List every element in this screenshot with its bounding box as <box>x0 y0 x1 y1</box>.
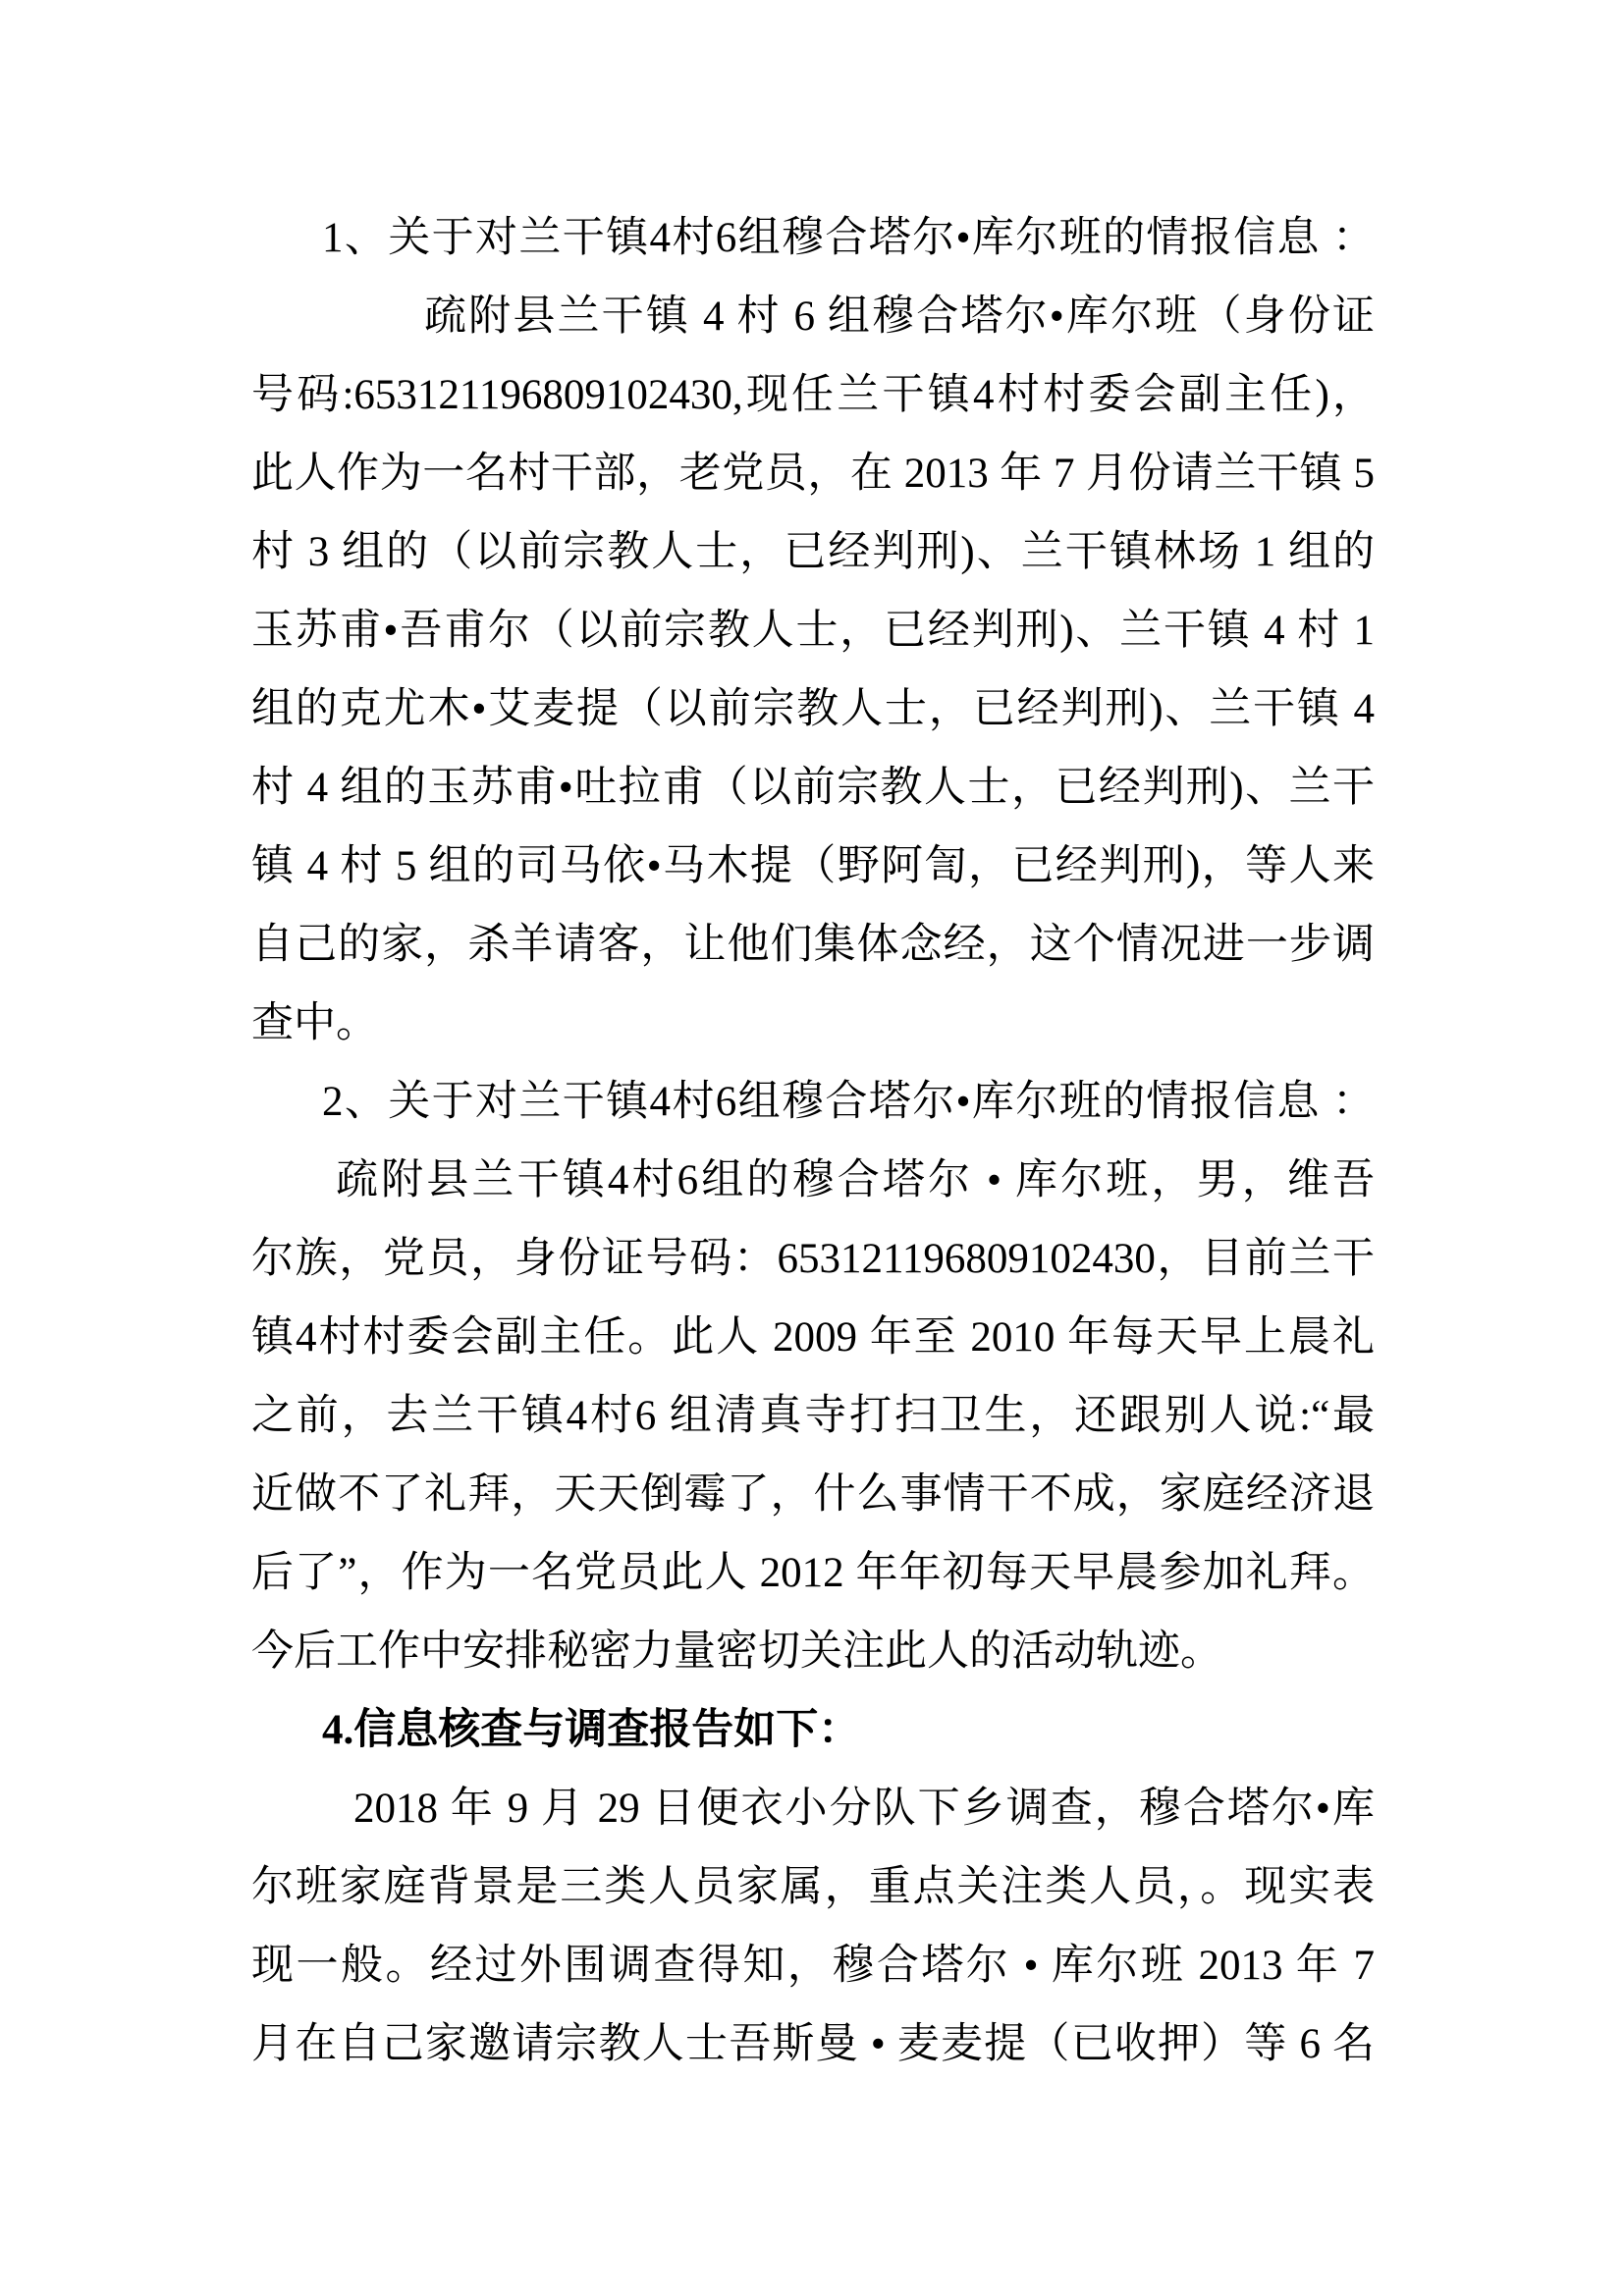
text-line: 月在自己家邀请宗教人士吾斯曼 • 麦麦提（已收押）等 6 名 <box>251 2005 1375 2084</box>
text-line: 自己的家，杀羊请客，让他们集体念经，这个情况进一步调 <box>251 906 1375 985</box>
text-line: 之前，去兰干镇4村6 组清真寺打扫卫生，还跟别人说:“最 <box>251 1377 1375 1456</box>
document-page: 1、关于对兰干镇4村6组穆合塔尔•库尔班的情报信息 ： 疏附县兰干镇 4 村 6… <box>0 0 1624 2296</box>
text-line: 疏附县兰干镇4村6组的穆合塔尔 • 库尔班，男，维吾 <box>251 1142 1375 1220</box>
text-line: 组的克尤木•艾麦提（以前宗教人士，已经判刑)、兰干镇 4 <box>251 670 1375 749</box>
text-line: 此人作为一名村干部，老党员，在 2013 年 7 月份请兰干镇 5 <box>251 435 1375 513</box>
section-heading-bold: 4.信息核查与调查报告如下： <box>251 1691 1375 1770</box>
text-line: 查中。 <box>251 985 1375 1063</box>
text-line: 现一般。经过外围调查得知，穆合塔尔 • 库尔班 2013 年 7 <box>251 1927 1375 2005</box>
section-heading: 1、关于对兰干镇4村6组穆合塔尔•库尔班的情报信息 ： <box>251 199 1375 278</box>
text-line: 2018 年 9 月 29 日便衣小分队下乡调查，穆合塔尔•库 <box>251 1770 1375 1848</box>
text-line: 村 4 组的玉苏甫•吐拉甫（以前宗教人士，已经判刑)、兰干 <box>251 749 1375 828</box>
section-heading: 2、关于对兰干镇4村6组穆合塔尔•库尔班的情报信息 ： <box>251 1063 1375 1142</box>
text-line: 镇 4 村 5 组的司马依•马木提（野阿訇，已经判刑)，等人来 <box>251 828 1375 906</box>
text-line: 近做不了礼拜，天天倒霉了，什么事情干不成，家庭经济退 <box>251 1456 1375 1534</box>
text-line: 村 3 组的（以前宗教人士，已经判刑)、兰干镇林场 1 组的 <box>251 513 1375 592</box>
text-line: 玉苏甫•吾甫尔（以前宗教人士，已经判刑)、兰干镇 4 村 1 <box>251 592 1375 670</box>
document-body: 1、关于对兰干镇4村6组穆合塔尔•库尔班的情报信息 ： 疏附县兰干镇 4 村 6… <box>251 199 1375 2084</box>
text-line: 后了”，作为一名党员此人 2012 年年初每天早晨参加礼拜。 <box>251 1534 1375 1613</box>
text-line: 号码:653121196809102430,现任兰干镇4村村委会副主任)， <box>251 356 1375 435</box>
text-line: 疏附县兰干镇 4 村 6 组穆合塔尔•库尔班（身份证 <box>251 278 1375 356</box>
text-line: 今后工作中安排秘密力量密切关注此人的活动轨迹。 <box>251 1613 1375 1691</box>
text-line: 镇4村村委会副主任。此人 2009 年至 2010 年每天早上晨礼 <box>251 1299 1375 1377</box>
text-line: 尔班家庭背景是三类人员家属，重点关注类人员，。现实表 <box>251 1848 1375 1927</box>
text-line: 尔族，党员，身份证号码：653121196809102430，目前兰干 <box>251 1220 1375 1299</box>
